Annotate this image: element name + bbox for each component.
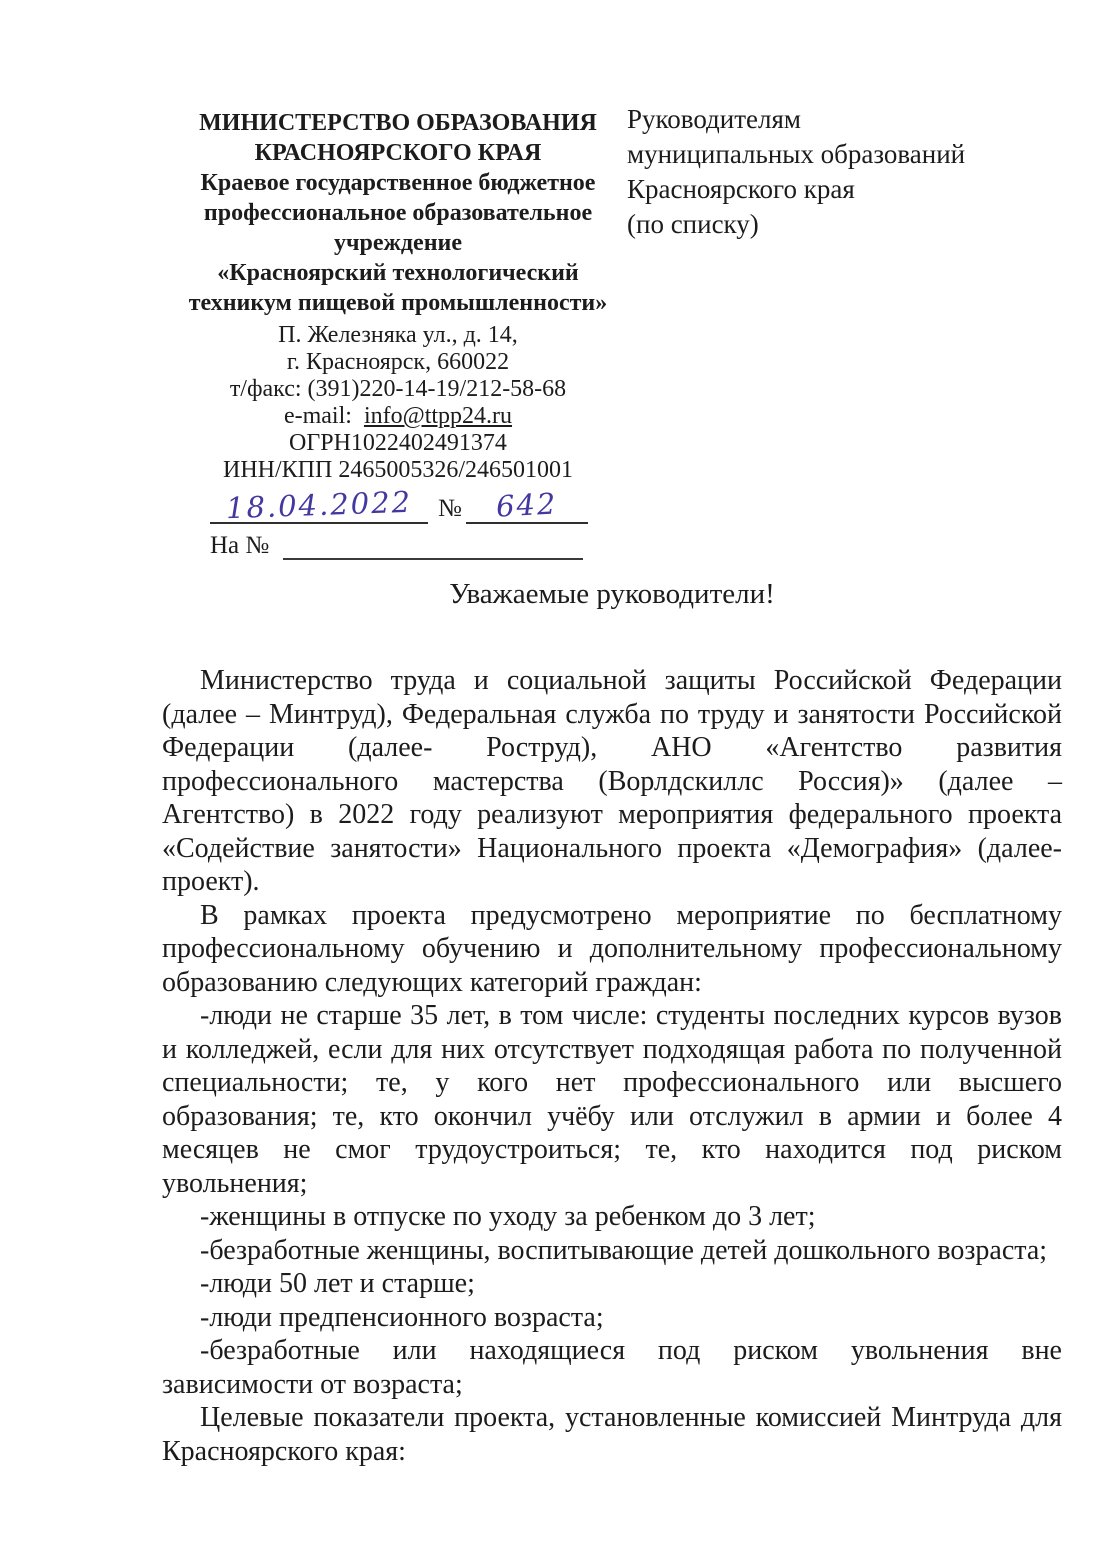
- email-line: e-mail: info@ttpp24.ru: [172, 403, 624, 430]
- inn-kpp-line: ИНН/КПП 2465005326/246501001: [172, 457, 624, 484]
- date-field: 18.04.2022: [210, 490, 428, 524]
- number-sign: №: [438, 494, 462, 524]
- email-address: info@ttpp24.ru: [364, 403, 512, 429]
- org-name-line: КРАСНОЯРСКОГО КРАЯ: [172, 138, 624, 168]
- recipient-line: (по списку): [627, 207, 1057, 242]
- outgoing-reference-row: 18.04.2022 № 642: [172, 490, 624, 524]
- body-paragraph: -женщины в отпуске по уходу за ребенком …: [162, 1200, 1062, 1234]
- body-paragraph: -люди не старше 35 лет, в том числе: сту…: [162, 999, 1062, 1200]
- org-name-line: профессиональное образовательное: [172, 198, 624, 228]
- org-name-line: Краевое государственное бюджетное: [172, 168, 624, 198]
- handwritten-number: 642: [495, 488, 558, 521]
- reply-reference-row: На №: [172, 532, 624, 560]
- body-paragraph: Целевые показатели проекта, установленны…: [162, 1401, 1062, 1468]
- reply-number-label: На №: [210, 532, 269, 560]
- recipient-block: Руководителям муниципальных образований …: [627, 102, 1057, 242]
- city-address: г. Красноярск, 660022: [172, 349, 624, 376]
- contact-block: П. Железняка ул., д. 14, г. Красноярск, …: [172, 322, 624, 484]
- letter-body: Министерство труда и социальной защиты Р…: [162, 664, 1062, 1468]
- recipient-line: муниципальных образований: [627, 137, 1057, 172]
- sender-block: МИНИСТЕРСТВО ОБРАЗОВАНИЯ КРАСНОЯРСКОГО К…: [172, 108, 624, 560]
- org-name-line: МИНИСТЕРСТВО ОБРАЗОВАНИЯ: [172, 108, 624, 138]
- recipient-line: Руководителям: [627, 102, 1057, 137]
- salutation: Уважаемые руководители!: [162, 578, 1062, 611]
- recipient-line: Красноярского края: [627, 172, 1057, 207]
- letter-page: МИНИСТЕРСТВО ОБРАЗОВАНИЯ КРАСНОЯРСКОГО К…: [0, 0, 1108, 1568]
- street-address: П. Железняка ул., д. 14,: [172, 322, 624, 349]
- number-field: 642: [466, 490, 588, 524]
- email-label: e-mail:: [284, 403, 352, 429]
- body-paragraph: -люди 50 лет и старше;: [162, 1267, 1062, 1301]
- body-paragraph: В рамках проекта предусмотрено мероприят…: [162, 899, 1062, 1000]
- body-paragraph: -безработные или находящиеся под риском …: [162, 1334, 1062, 1401]
- reply-number-blank: [283, 532, 583, 560]
- ogrn-line: ОГРН1022402491374: [172, 430, 624, 457]
- phone-fax: т/факс: (391)220-14-19/212-58-68: [172, 376, 624, 403]
- body-paragraph: -безработные женщины, воспитывающие дете…: [162, 1234, 1062, 1268]
- org-name-line: техникум пищевой промышленности»: [172, 288, 624, 318]
- body-paragraph: -люди предпенсионного возраста;: [162, 1301, 1062, 1335]
- body-paragraph: Министерство труда и социальной защиты Р…: [162, 664, 1062, 899]
- org-name-line: учреждение: [172, 228, 624, 258]
- handwritten-date: 18.04.2022: [226, 487, 413, 523]
- org-name-line: «Красноярский технологический: [172, 258, 624, 288]
